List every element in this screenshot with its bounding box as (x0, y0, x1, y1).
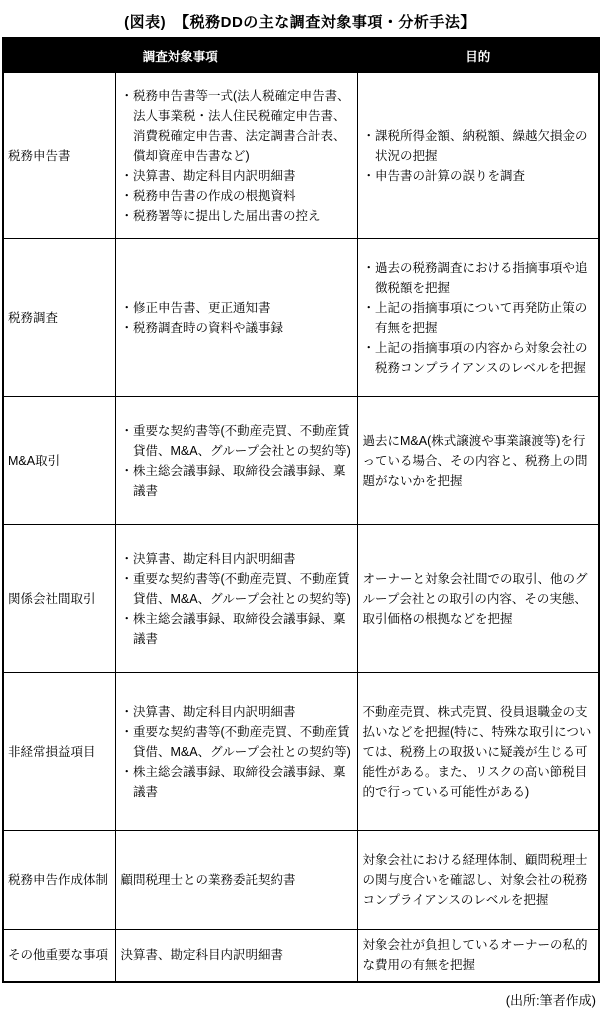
page-title: (図表) 【税務DDの主な調査対象事項・分析手法】 (0, 0, 600, 37)
table-header-items: 調査対象事項 (3, 38, 357, 73)
bullet-item: ・株主総会議事録、取締役会議事録、稟議書 (121, 461, 354, 501)
table-row: M&A取引・重要な契約書等(不動産売買、不動産賃貸借、M&A、グループ会社との契… (3, 397, 599, 525)
items-cell: 顧問税理士との業務委託契約書 (115, 831, 357, 930)
purpose-cell: 対象会社における経理体制、顧問税理士の関与度合いを確認し、対象会社の税務コンプラ… (357, 831, 599, 930)
bullet-item: ・税務申告書等一式(法人税確定申告書、法人事業税・法人住民税確定申告書、消費税確… (121, 86, 354, 166)
row-label: その他重要な事項 (3, 930, 115, 982)
bullet-item: ・税務申告書の作成の根拠資料 (121, 186, 354, 206)
table-row: 関係会社間取引・決算書、勘定科目内訳明細書・重要な契約書等(不動産売買、不動産賃… (3, 525, 599, 673)
text-line: 対象会社が負担しているオーナーの私的な費用の有無を把握 (363, 935, 596, 975)
table-row: その他重要な事項決算書、勘定科目内訳明細書対象会社が負担しているオーナーの私的な… (3, 930, 599, 982)
purpose-cell: 過去にM&A(株式譲渡や事業譲渡等)を行っている場合、その内容と、税務上の問題が… (357, 397, 599, 525)
source-note: (出所:筆者作成) (0, 983, 600, 1009)
row-label: 税務申告書 (3, 73, 115, 239)
items-cell: 決算書、勘定科目内訳明細書 (115, 930, 357, 982)
data-table: 調査対象事項 目的 税務申告書・税務申告書等一式(法人税確定申告書、法人事業税・… (2, 37, 600, 983)
items-cell: ・重要な契約書等(不動産売買、不動産賃貸借、M&A、グループ会社との契約等)・株… (115, 397, 357, 525)
bullet-item: ・上記の指摘事項の内容から対象会社の税務コンプライアンスのレベルを把握 (363, 338, 596, 378)
bullet-item: ・決算書、勘定科目内訳明細書 (121, 702, 354, 722)
text-line: 過去にM&A(株式譲渡や事業譲渡等)を行っている場合、その内容と、税務上の問題が… (363, 431, 596, 491)
purpose-cell: 対象会社が負担しているオーナーの私的な費用の有無を把握 (357, 930, 599, 982)
row-label: 税務申告作成体制 (3, 831, 115, 930)
table-header: 調査対象事項 目的 (3, 38, 599, 73)
bullet-item: ・課税所得金額、納税額、繰越欠損金の状況の把握 (363, 126, 596, 166)
table-row: 税務調査・修正申告書、更正通知書・税務調査時の資料や議事録・過去の税務調査におけ… (3, 239, 599, 397)
text-line: 決算書、勘定科目内訳明細書 (121, 945, 354, 965)
table-header-purpose: 目的 (357, 38, 599, 73)
items-cell: ・決算書、勘定科目内訳明細書・重要な契約書等(不動産売買、不動産賃貸借、M&A、… (115, 525, 357, 673)
items-cell: ・決算書、勘定科目内訳明細書・重要な契約書等(不動産売買、不動産賃貸借、M&A、… (115, 673, 357, 831)
row-label: 関係会社間取引 (3, 525, 115, 673)
table-body: 税務申告書・税務申告書等一式(法人税確定申告書、法人事業税・法人住民税確定申告書… (3, 73, 599, 982)
bullet-item: ・決算書、勘定科目内訳明細書 (121, 166, 354, 186)
bullet-item: ・株主総会議事録、取締役会議事録、稟議書 (121, 609, 354, 649)
table-row: 税務申告書・税務申告書等一式(法人税確定申告書、法人事業税・法人住民税確定申告書… (3, 73, 599, 239)
items-cell: ・修正申告書、更正通知書・税務調査時の資料や議事録 (115, 239, 357, 397)
row-label: 非経常損益項目 (3, 673, 115, 831)
bullet-item: ・株主総会議事録、取締役会議事録、稟議書 (121, 762, 354, 802)
purpose-cell: オーナーと対象会社間での取引、他のグループ会社との取引の内容、その実態、取引価格… (357, 525, 599, 673)
table-row: 非経常損益項目・決算書、勘定科目内訳明細書・重要な契約書等(不動産売買、不動産賃… (3, 673, 599, 831)
bullet-item: ・決算書、勘定科目内訳明細書 (121, 549, 354, 569)
bullet-item: ・重要な契約書等(不動産売買、不動産賃貸借、M&A、グループ会社との契約等) (121, 722, 354, 762)
row-label: M&A取引 (3, 397, 115, 525)
purpose-cell: ・課税所得金額、納税額、繰越欠損金の状況の把握・申告書の計算の誤りを調査 (357, 73, 599, 239)
bullet-item: ・上記の指摘事項について再発防止策の有無を把握 (363, 298, 596, 338)
purpose-cell: 不動産売買、株式売買、役員退職金の支払いなどを把握(特に、特殊な取引については、… (357, 673, 599, 831)
text-line: オーナーと対象会社間での取引、他のグループ会社との取引の内容、その実態、取引価格… (363, 569, 596, 629)
items-cell: ・税務申告書等一式(法人税確定申告書、法人事業税・法人住民税確定申告書、消費税確… (115, 73, 357, 239)
bullet-item: ・重要な契約書等(不動産売買、不動産賃貸借、M&A、グループ会社との契約等) (121, 421, 354, 461)
bullet-item: ・重要な契約書等(不動産売買、不動産賃貸借、M&A、グループ会社との契約等) (121, 569, 354, 609)
row-label: 税務調査 (3, 239, 115, 397)
bullet-item: ・申告書の計算の誤りを調査 (363, 166, 596, 186)
bullet-item: ・修正申告書、更正通知書 (121, 298, 354, 318)
text-line: 不動産売買、株式売買、役員退職金の支払いなどを把握(特に、特殊な取引については、… (363, 702, 596, 802)
table-row: 税務申告作成体制顧問税理士との業務委託契約書対象会社における経理体制、顧問税理士… (3, 831, 599, 930)
purpose-cell: ・過去の税務調査における指摘事項や追徴税額を把握・上記の指摘事項について再発防止… (357, 239, 599, 397)
bullet-item: ・税務調査時の資料や議事録 (121, 318, 354, 338)
text-line: 顧問税理士との業務委託契約書 (121, 870, 354, 890)
bullet-item: ・税務署等に提出した届出書の控え (121, 206, 354, 226)
bullet-item: ・過去の税務調査における指摘事項や追徴税額を把握 (363, 258, 596, 298)
text-line: 対象会社における経理体制、顧問税理士の関与度合いを確認し、対象会社の税務コンプラ… (363, 850, 596, 910)
